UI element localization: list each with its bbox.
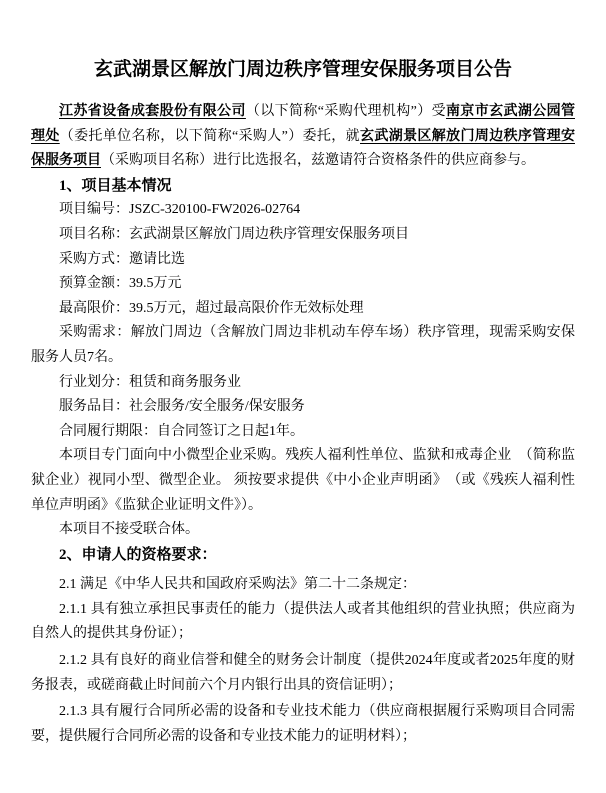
field-service-category: 服务品目：社会服务/安全服务/保安服务 <box>31 395 575 420</box>
document-title: 玄武湖景区解放门周边秩序管理安保服务项目公告 <box>31 56 575 84</box>
section2-heading: 2、申请人的资格要求： <box>31 543 575 568</box>
section1-heading: 1、项目基本情况 <box>31 174 575 199</box>
intro-paragraph: 江苏省设备成套股份有限公司（以下简称“采购代理机构”）受南京市玄武湖公园管理处（… <box>31 100 575 174</box>
field-project-number: 项目编号：JSZC-320100-FW2026-02764 <box>31 198 575 223</box>
field-project-name: 项目名称：玄武湖景区解放门周边秩序管理安保服务项目 <box>31 223 575 248</box>
field-procurement-method: 采购方式：邀请比选 <box>31 248 575 273</box>
field-industry-category: 行业划分：租赁和商务服务业 <box>31 371 575 396</box>
requirement-2-1-2: 2.1.2 具有良好的商业信誉和健全的财务会计制度（提供2024年度或者2025… <box>31 649 575 698</box>
intro-text-1: （以下简称“采购代理机构”）受 <box>246 104 446 119</box>
no-consortium-paragraph: 本项目不接受联合体。 <box>31 518 575 543</box>
smb-policy-paragraph: 本项目专门面向中小微型企业采购。残疾人福利性单位、监狱和戒毒企业 （简称监狱企业… <box>31 444 575 518</box>
field-contract-term: 合同履行期限：自合同签订之日起1年。 <box>31 420 575 445</box>
field-procurement-requirement: 采购需求：解放门周边（含解放门周边非机动车停车场）秩序管理，现需采购安保服务人员… <box>31 321 575 370</box>
procurement-agency-name: 江苏省设备成套股份有限公司 <box>59 104 246 119</box>
requirement-2-1: 2.1 满足《中华人民共和国政府采购法》第二十二条规定： <box>31 573 575 598</box>
requirement-2-1-1: 2.1.1 具有独立承担民事责任的能力（提供法人或者其他组织的营业执照；供应商为… <box>31 598 575 647</box>
field-budget-amount: 预算金额：39.5万元 <box>31 272 575 297</box>
requirement-2-1-3: 2.1.3 具有履行合同所必需的设备和专业技术能力（供应商根据履行采购项目合同需… <box>31 700 575 749</box>
intro-text-3: （采购项目名称）进行比选报名，兹邀请符合资格条件的供应商参与。 <box>101 153 535 168</box>
intro-text-2: （委托单位名称，以下简称“采购人”）委托，就 <box>60 129 360 144</box>
document-page: 玄武湖景区解放门周边秩序管理安保服务项目公告 江苏省设备成套股份有限公司（以下简… <box>0 0 606 793</box>
field-price-ceiling: 最高限价：39.5万元，超过最高限价作无效标处理 <box>31 297 575 322</box>
